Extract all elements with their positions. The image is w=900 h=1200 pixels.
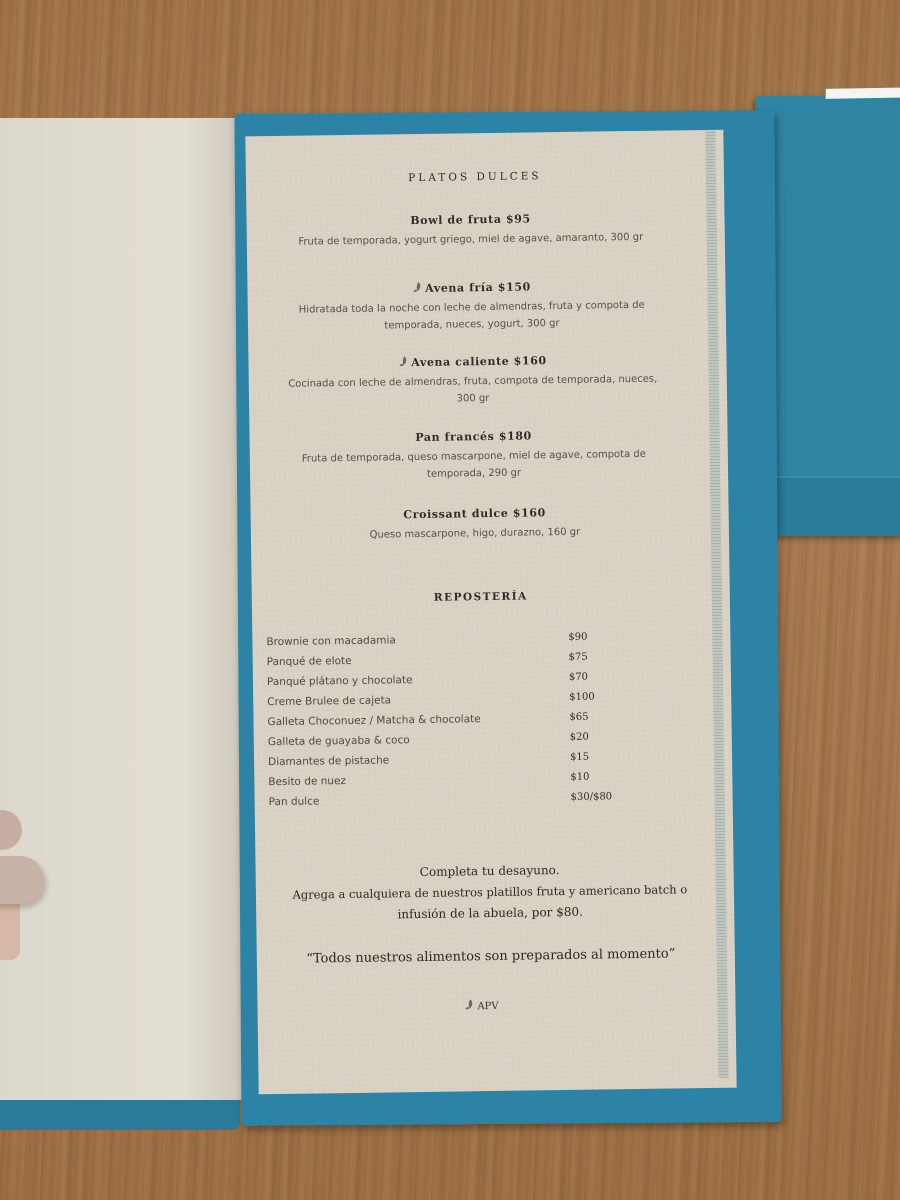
menu-item: Avena caliente $160 Cocinada con leche d… <box>248 352 697 410</box>
item-description: Queso mascarpone, higo, durazno, 160 gr <box>251 522 699 545</box>
item-price: $150 <box>498 280 531 293</box>
pastry-name: Panqué plátano y chocolate <box>267 674 413 688</box>
pastry-price: $10 <box>570 772 589 783</box>
section-title-platos-dulces: PLATOS DULCES <box>246 168 704 186</box>
menu-item: Avena fría $150 Hidratada toda la noche … <box>247 278 696 336</box>
item-name: Avena fría <box>425 281 493 295</box>
leaf-icon <box>412 282 422 293</box>
item-description: Fruta de temporada, queso mascarpone, mi… <box>250 445 698 485</box>
logo-text: APV <box>477 1001 498 1012</box>
leaf-icon <box>398 356 408 367</box>
pastry-name: Diamantes de pistache <box>268 754 389 768</box>
pastry-price: $20 <box>570 732 589 743</box>
menu-page: PLATOS DULCES Bowl de fruta $95 Fruta de… <box>245 130 736 1095</box>
left-menu-page <box>0 118 262 1100</box>
item-name: Pan francés <box>415 430 494 444</box>
brand-logo: APV <box>257 996 705 1015</box>
menu-item: Bowl de fruta $95 Fruta de temporada, yo… <box>246 210 694 251</box>
pastry-price: $75 <box>569 652 588 663</box>
fingertip <box>0 856 44 904</box>
item-price: $160 <box>514 354 547 367</box>
pastry-price: $100 <box>569 692 595 703</box>
pastry-name: Pan dulce <box>269 795 320 808</box>
pastry-price: $15 <box>570 752 589 763</box>
paper-edge <box>826 87 900 99</box>
pastry-price: $65 <box>569 712 588 723</box>
item-price: $95 <box>506 212 531 225</box>
pastry-list: Brownie con macadamia$90 Panqué de elote… <box>266 631 618 816</box>
item-price: $160 <box>513 506 546 519</box>
leaf-icon <box>464 999 474 1010</box>
menu-item: Pan francés $180 Fruta de temporada, que… <box>249 427 698 485</box>
item-name: Croissant dulce <box>403 507 508 521</box>
item-description: Hidratada toda la noche con leche de alm… <box>248 296 696 336</box>
pastry-price: $90 <box>568 632 587 643</box>
list-item: Pan dulce$30/$80 <box>269 791 619 816</box>
pastry-price: $30/$80 <box>571 791 613 803</box>
item-name: Avena caliente <box>411 355 509 369</box>
folder-flap <box>770 476 900 536</box>
pastry-name: Galleta Choconuez / Matcha & chocolate <box>267 713 480 728</box>
freshness-quote: “Todos nuestros alimentos son preparados… <box>257 946 725 968</box>
pastry-name: Brownie con macadamia <box>266 634 396 648</box>
menu-item: Croissant dulce $160 Queso mascarpone, h… <box>251 504 699 545</box>
pastry-price: $70 <box>569 672 588 683</box>
pastry-name: Besito de nuez <box>268 775 346 788</box>
pastry-name: Creme Brulee de cajeta <box>267 694 391 708</box>
pastry-name: Galleta de guayaba & coco <box>268 734 410 748</box>
section-title-reposteria: REPOSTERÍA <box>252 588 710 606</box>
item-description: Fruta de temporada, yogurt griego, miel … <box>247 228 695 251</box>
page-pocket-edge <box>705 130 728 1078</box>
upsell-note: Completa tu desayuno. Agrega a cualquier… <box>255 858 724 928</box>
item-price: $180 <box>499 429 532 442</box>
pastry-name: Panqué de elote <box>267 655 352 668</box>
item-description: Cocinada con leche de almendras, fruta, … <box>249 370 697 410</box>
item-name: Bowl de fruta <box>410 213 501 227</box>
